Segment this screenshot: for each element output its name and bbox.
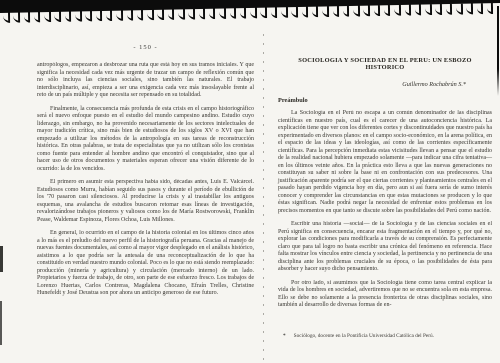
paragraph: La Sociología en el Perú no escapa a un … xyxy=(278,110,492,215)
binding-tooth xyxy=(374,5,381,16)
binding-tooth xyxy=(363,5,370,16)
binding-tooth xyxy=(425,4,432,15)
binding-tooth xyxy=(34,11,41,22)
left-page: - 150 - antropólogos, empezaron a desbro… xyxy=(37,44,254,304)
binding-tooth xyxy=(456,3,463,14)
binding-tooth xyxy=(168,8,175,19)
binding-tooth xyxy=(116,9,123,20)
paragraph: antropólogos, empezaron a desbrozar una … xyxy=(37,62,254,100)
page-fold-line xyxy=(263,34,264,363)
page-number: - 150 - xyxy=(37,44,254,51)
binding-tooth xyxy=(394,4,401,15)
binding-tooth xyxy=(466,3,473,14)
binding-tooth xyxy=(271,6,278,17)
binding-tooth xyxy=(85,10,92,21)
binding-tooth xyxy=(188,8,195,19)
paragraph: En general, lo ocurrido en el campo de l… xyxy=(37,230,254,298)
binding-tooth xyxy=(415,4,422,15)
binding-tooth xyxy=(291,6,298,17)
binding-tooth xyxy=(405,4,412,15)
binding-tooth xyxy=(199,8,206,19)
binding-tooth xyxy=(24,11,31,22)
binding-tooth xyxy=(157,9,164,20)
binding-tooth xyxy=(240,7,247,18)
binding-tooth xyxy=(487,3,494,14)
binding-tooth xyxy=(312,6,319,17)
binding-tooth xyxy=(281,6,288,17)
binding-tooth xyxy=(219,7,226,18)
binding-tooth xyxy=(302,6,309,17)
paragraph: Por otro lado, si asumimos que la Sociol… xyxy=(278,280,492,310)
binding-tooth xyxy=(54,10,61,21)
binding-tooth xyxy=(65,10,72,21)
binding-tooth xyxy=(435,3,442,14)
paragraph: Finalmente, la consecuencia más profunda… xyxy=(37,106,254,174)
binding-tooth xyxy=(44,11,51,22)
binding-tooth xyxy=(260,7,267,18)
binding-tooth xyxy=(332,5,339,16)
binding-tooth xyxy=(13,11,20,22)
binding-tooth xyxy=(106,9,113,20)
scanned-document: - 150 - antropólogos, empezaron a desbro… xyxy=(0,0,500,363)
binding-tooth xyxy=(127,9,134,20)
article-title: SOCIOLOGIA Y SOCIEDAD EN EL PERU: UN ESB… xyxy=(278,57,492,71)
paragraph: El primero en asumir esta perspectiva ha… xyxy=(37,179,254,224)
paragraph: Escribir una historia —social— de la Soc… xyxy=(278,221,492,274)
binding-tooth xyxy=(250,7,257,18)
footnote-text: Sociólogo, docente en la Pontificia Univ… xyxy=(294,333,434,339)
binding-tooth xyxy=(147,9,154,20)
binding-tooth xyxy=(384,4,391,15)
binding-tooth xyxy=(343,5,350,16)
article-author: Guillermo Rochabrún S.* xyxy=(278,81,492,88)
binding-tooth xyxy=(137,9,144,20)
section-heading: Preámbulo xyxy=(278,97,492,104)
binding-tooth xyxy=(477,3,484,14)
binding-tooth xyxy=(209,8,216,19)
right-page: SOCIOLOGIA Y SOCIEDAD EN EL PERU: UN ESB… xyxy=(278,57,492,316)
scan-edge-artifact-left xyxy=(0,301,2,345)
binding-tooth xyxy=(3,11,10,22)
binding-tooth xyxy=(96,10,103,21)
binding-tooth xyxy=(75,10,82,21)
binding-tooth xyxy=(353,5,360,16)
binding-tooth xyxy=(229,7,236,18)
footnote: * Sociólogo, docente en la Pontificia Un… xyxy=(283,333,488,339)
scan-edge-artifact-right xyxy=(497,6,499,96)
footnote-marker: * xyxy=(283,333,286,339)
binding-tooth xyxy=(178,8,185,19)
scan-edge-artifact-left xyxy=(0,246,3,272)
binding-tooth xyxy=(446,3,453,14)
binding-tooth xyxy=(322,6,329,17)
